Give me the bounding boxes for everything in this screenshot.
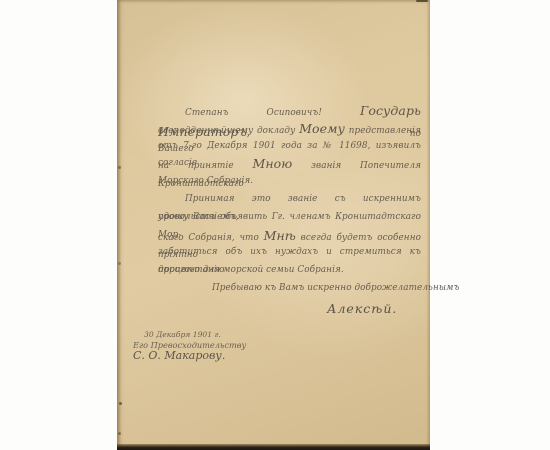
letter-line: прошу Васъ объявить Гг. членамъ Кронштад…	[158, 209, 421, 227]
emphasized-script-text: Моему	[299, 121, 345, 136]
letter-line: Степанъ Осиповичъ! Государь Императоръ, …	[158, 102, 421, 120]
letter-body: Степанъ Осиповичъ! Государь Императоръ, …	[158, 102, 421, 280]
script-text: на принятіе	[158, 161, 252, 171]
script-text: всеподданнѣйшему докладу	[158, 126, 299, 136]
footnote-date: 30 Декабря 1901 г.	[133, 330, 246, 340]
emphasized-script-text: Мною	[252, 156, 292, 171]
corner-smudge	[416, 0, 428, 2]
emphasized-script-text: Мнѣ	[264, 228, 296, 243]
letter-page: Степанъ Осиповичъ! Государь Императоръ, …	[117, 0, 430, 450]
letter-line: заботиться объ ихъ нуждахъ и стремиться …	[158, 244, 421, 262]
letter-line: скаго Собранія, что Мнѣ всегда будетъ ос…	[158, 227, 421, 245]
script-text: дорогого для морской семьи Собранія.	[158, 265, 344, 275]
page-bottom-edge	[117, 444, 430, 450]
page-left-edge	[117, 0, 121, 450]
letter-line: Принимая это званіе съ искреннимъ удовол…	[158, 191, 421, 209]
script-text: Степанъ Осиповичъ!	[185, 108, 360, 118]
letter-line: Морскаго Собранія.	[158, 173, 421, 191]
closing-line: Пребываю къ Вамъ искренно доброжелательн…	[212, 283, 459, 293]
script-text: скаго Собранія, что	[158, 233, 264, 243]
binding-specks	[118, 166, 121, 169]
script-text: Морскаго Собранія.	[158, 176, 253, 186]
letter-line: на принятіе Мною званія Попечителя Кронш…	[158, 155, 421, 173]
signature: Алексѣй.	[327, 301, 397, 316]
footnote: 30 Декабря 1901 г. Его Превосходительств…	[133, 330, 246, 362]
scanned-letter: Степанъ Осиповичъ! Государь Императоръ, …	[0, 0, 550, 450]
letter-line: всеподданнѣйшему докладу Моему представл…	[158, 120, 421, 138]
letter-line: дорогого для морской семьи Собранія.	[158, 262, 421, 280]
letter-line: отъ 7-го Декабря 1901 года за № 11698, и…	[158, 138, 421, 156]
footnote-addressee-name: С. О. Макарову.	[133, 350, 246, 362]
